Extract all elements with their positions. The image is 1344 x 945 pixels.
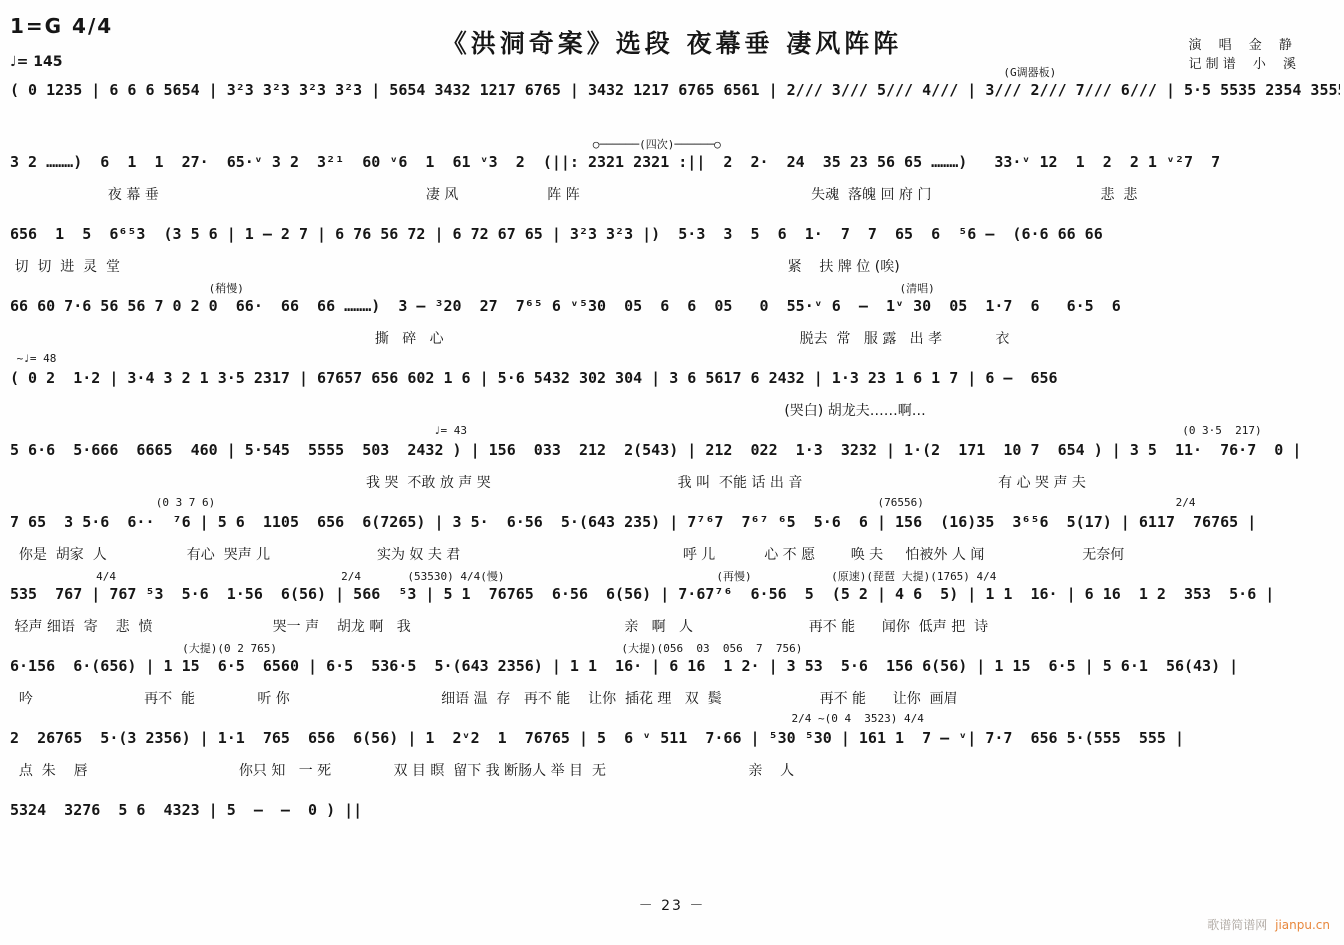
music-systems: (G调器板)( 0 1235 | 6 6 6 5654 | 3²3 3²3 3²… bbox=[10, 64, 1340, 856]
lyrics-row: 我 哭 不敢 放 声 哭 我 叫 不能 话 出 音 有 心 哭 声 夫 bbox=[10, 472, 1340, 494]
watermark: 歌谱简谱网 jianpu.cn bbox=[1207, 916, 1330, 933]
notation-annotation-row: 2/4 ~(0 4 3523) 4/4 bbox=[10, 712, 1340, 727]
notation-annotation-row bbox=[10, 784, 1340, 799]
lyrics-row: 你是 胡家 人 有心 哭声 儿 实为 奴 夫 君 呼 儿 心 不 愿 唤 夫 怕… bbox=[10, 544, 1340, 566]
notation-notes-row: 7 65 3 5·6 6·· ⁷6 | 5 6 1105 656 6(7265)… bbox=[10, 511, 1340, 544]
notation-notes-row: 535 767 | 767 ⁵3 5·6 1·56 6(56) | 566 ⁵3… bbox=[10, 583, 1340, 616]
watermark-site: 歌谱简谱网 bbox=[1207, 918, 1267, 932]
lyrics-row: 撕 碎 心 脱去 常 服 露 出 孝 衣 bbox=[10, 328, 1340, 350]
lyrics-row: 夜 幕 垂 凄 风 阵 阵 失魂 落魄 回 府 门 悲 悲 bbox=[10, 184, 1340, 206]
music-system: (G调器板)( 0 1235 | 6 6 6 5654 | 3²3 3²3 3²… bbox=[10, 64, 1340, 136]
notation-notes-row: 2 26765 5·(3 2356) | 1·1 765 656 6(56) |… bbox=[10, 727, 1340, 760]
notation-notes-row: ( 0 1235 | 6 6 6 5654 | 3²3 3²3 3²3 3²3 … bbox=[10, 79, 1340, 112]
lyrics-row: 点 朱 唇 你只 知 一 死 双 目 瞑 留下 我 断肠人 举 目 无 亲 人 bbox=[10, 760, 1340, 782]
notation-annotation-row: (0 3 7 6) (76556) 2/4 bbox=[10, 496, 1340, 511]
notation-annotation-row: (G调器板) bbox=[10, 64, 1340, 79]
lyrics-row: 吟 再不 能 听 你 细语 温 存 再不 能 让你 插花 理 双 鬓 再不 能 … bbox=[10, 688, 1340, 710]
notation-notes-row: 5324 3276 5 6 4323 | 5 — — 0 ) || bbox=[10, 799, 1340, 832]
sheet-music-page: 1=G 4/4 ♩= 145 《洪洞奇案》选段 夜幕垂 凄风阵阵 演 唱 金 静… bbox=[0, 0, 1344, 945]
watermark-url: jianpu.cn bbox=[1275, 918, 1330, 932]
notation-notes-row: 6·156 6·(656) | 1 15 6·5 6560 | 6·5 536·… bbox=[10, 655, 1340, 688]
credit-singer: 演 唱 金 静 bbox=[1188, 36, 1296, 55]
music-system: ~♩= 48( 0 2 1·2 | 3·4 3 2 1 3·5 2317 | 6… bbox=[10, 352, 1340, 424]
music-system: (0 3 7 6) (76556) 2/47 65 3 5·6 6·· ⁷6 |… bbox=[10, 496, 1340, 568]
page-title: 《洪洞奇案》选段 夜幕垂 凄风阵阵 bbox=[0, 24, 1344, 60]
lyrics-row: (哭白) 胡龙夫……啊… bbox=[10, 400, 1340, 422]
lyrics-row bbox=[10, 832, 1340, 854]
notation-annotation-row bbox=[10, 208, 1340, 223]
notation-notes-row: 66 60 7·6 56 56 7 0 2 0 66· 66 66 ………) 3… bbox=[10, 295, 1340, 328]
notation-notes-row: 656 1 5 6⁶⁵3 (3 5 6 | 1 — 2 7 | 6 76 56 … bbox=[10, 223, 1340, 256]
notation-annotation-row: 4/4 2/4 (53530) 4/4(慢) (再慢) (原速)(琵琶 大提)(… bbox=[10, 568, 1340, 583]
notation-notes-row: ( 0 2 1·2 | 3·4 3 2 1 3·5 2317 | 67657 6… bbox=[10, 367, 1340, 400]
lyrics-row: 切 切 进 灵 堂 紧 扶 牌 位 (唉) bbox=[10, 256, 1340, 278]
lyrics-row: 轻声 细语 寄 悲 愤 哭一 声 胡龙 啊 我 亲 啊 人 再不 能 闻你 低声… bbox=[10, 616, 1340, 638]
notation-annotation-row: ~♩= 48 bbox=[10, 352, 1340, 367]
music-system: 656 1 5 6⁶⁵3 (3 5 6 | 1 — 2 7 | 6 76 56 … bbox=[10, 208, 1340, 280]
music-system: ♩= 43 (0 3·5 217)5 6·6 5·666 6665 460 | … bbox=[10, 424, 1340, 496]
music-system: 5324 3276 5 6 4323 | 5 — — 0 ) || bbox=[10, 784, 1340, 856]
notation-annotation-row: (大提)(0 2 765) (大提)(056 03 056 7 756) bbox=[10, 640, 1340, 655]
notation-annotation-row: ○──────(四次)──────○ bbox=[10, 136, 1340, 151]
music-system: ○──────(四次)──────○3 2 ………) 6 1 1 27· 65·… bbox=[10, 136, 1340, 208]
lyrics-row bbox=[10, 112, 1340, 134]
notation-notes-row: 5 6·6 5·666 6665 460 | 5·545 5555 503 24… bbox=[10, 439, 1340, 472]
notation-annotation-row: (稍慢) (清唱) bbox=[10, 280, 1340, 295]
notation-annotation-row: ♩= 43 (0 3·5 217) bbox=[10, 424, 1340, 439]
music-system: 4/4 2/4 (53530) 4/4(慢) (再慢) (原速)(琵琶 大提)(… bbox=[10, 568, 1340, 640]
notation-notes-row: 3 2 ………) 6 1 1 27· 65·ᵛ 3 2 3²¹ 60 ᵛ6 1 … bbox=[10, 151, 1340, 184]
music-system: 2/4 ~(0 4 3523) 4/42 26765 5·(3 2356) | … bbox=[10, 712, 1340, 784]
music-system: (大提)(0 2 765) (大提)(056 03 056 7 756)6·15… bbox=[10, 640, 1340, 712]
page-number: － 23 － bbox=[0, 895, 1344, 915]
music-system: (稍慢) (清唱)66 60 7·6 56 56 7 0 2 0 66· 66 … bbox=[10, 280, 1340, 352]
